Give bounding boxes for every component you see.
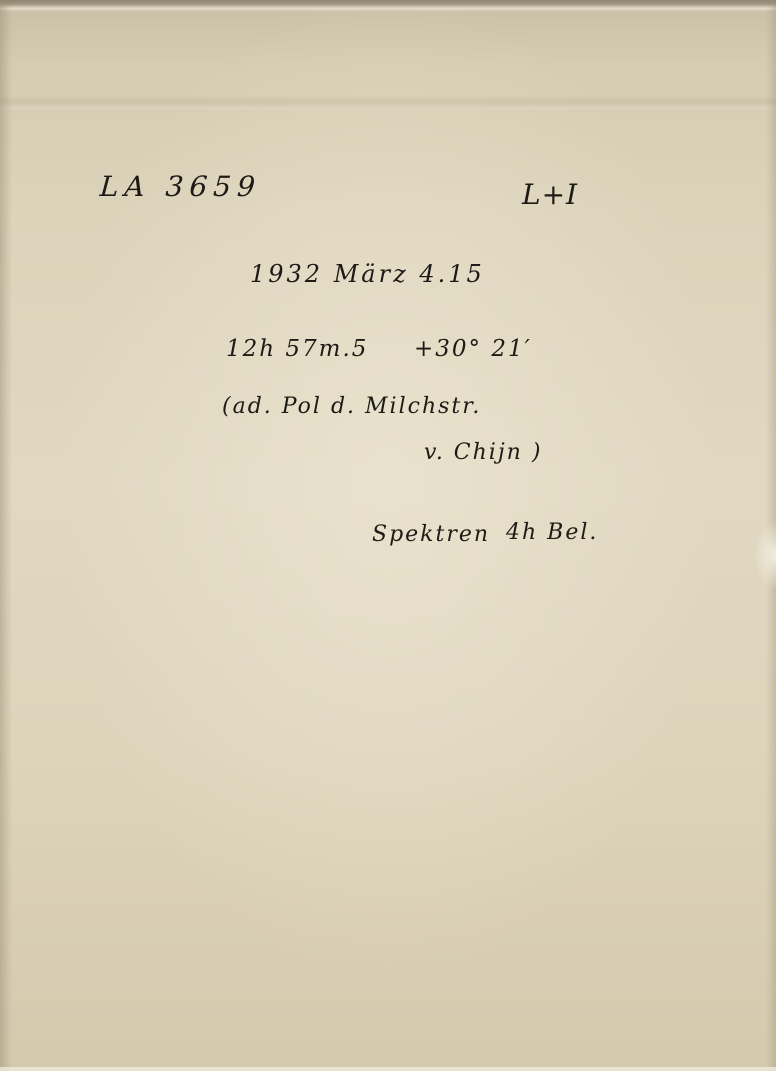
note-line-2: v. Chijn )	[424, 440, 542, 465]
series-code: L+I	[522, 178, 578, 211]
envelope-bottom-edge	[0, 1067, 776, 1071]
observation-date: 1932 März 4.15	[250, 260, 485, 288]
note-line-1: (ad. Pol d. Milchstr.	[222, 394, 481, 419]
envelope-left-edge	[0, 0, 12, 1071]
catalog-number: LA 3659	[99, 170, 262, 203]
declination: +30° 21′	[414, 336, 532, 362]
envelope-flap-edge	[0, 6, 776, 10]
exposure-time: 4h Bel.	[506, 520, 598, 545]
envelope-scan: LA 3659 L+I 1932 März 4.15 12h 57m.5 +30…	[0, 0, 776, 1071]
spectrum-label: Spektren	[372, 522, 490, 547]
paper-glare	[754, 520, 776, 590]
envelope-fold-line	[0, 95, 776, 109]
right-ascension: 12h 57m.5	[226, 336, 368, 362]
